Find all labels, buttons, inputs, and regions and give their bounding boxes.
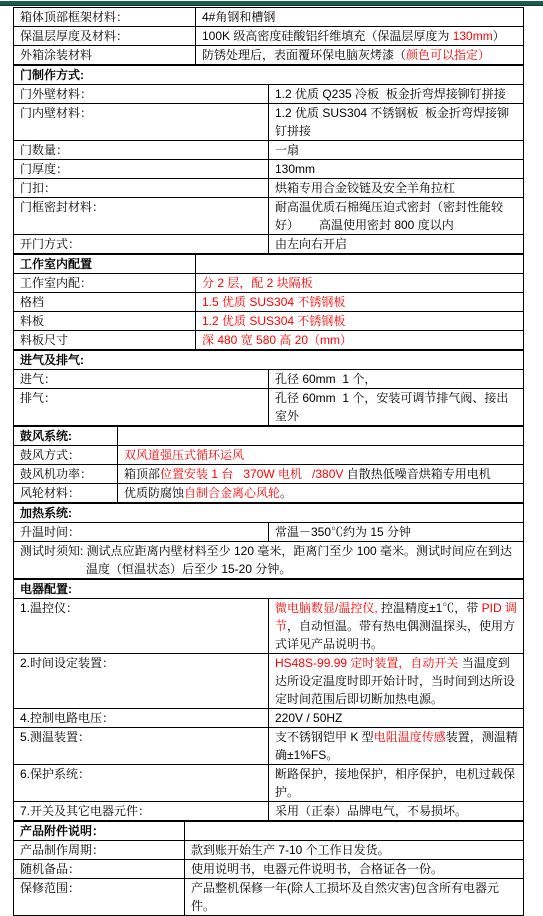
text-segment: 130mm [275,162,315,176]
field-label: 排气： [14,389,269,426]
row-temperature-controller: 1.温控仪：微电脑数显/温控仪, 控温精度±1℃，带 PID 调节，自动恒温。带… [14,599,524,654]
field-label: 鼓风机功率： [14,465,118,484]
row-blower-mode: 鼓风方式：双风道强压式循环运风 [14,446,524,465]
row-tray-dimensions: 料板尺寸深 480 宽 580 高 20（mm） [14,331,524,350]
row-impeller-material: 风轮材料：优质防腐蚀自制合金离心风轮。 [14,484,524,503]
section-door-construction: 门制作方式:门外壁材料：1.2 优质 Q235 冷板 板金折弯焊接铆钉拼接门内壁… [13,65,524,254]
row-box-top-frame-material: 箱体顶部框架材料：4#角钢和槽钢 [14,8,524,27]
field-label: 门框密封材料： [14,198,269,235]
row-included-items: 随机备品：使用说明书，电器元件说明书，合格证各一份。 [14,860,524,879]
field-label: 升温时间： [14,523,269,542]
row-door-frame-seal-material: 门框密封材料：耐高温优质石棉绳压迫式密封（密封性能较好） 高温使用密封 800 … [14,198,524,235]
text-segment: 1.2 优质 SUS304 不锈钢板 板金折弯焊接铆钉拼接 [275,106,509,138]
red-text-segment: 位置安装 1 台 370W 电机 /380V [160,467,347,481]
field-value: 130mm [269,160,524,179]
text-segment: 支不锈钢铠甲 K 型 [275,730,374,744]
field-value: 双风道强压式循环运风 [118,446,524,465]
field-value: 防锈处理后，表面覆环保电脑灰烤漆（颜色可以指定） [196,46,524,65]
field-label: 外箱涂装材料 [14,46,196,65]
field-label: 风轮材料： [14,484,118,503]
text-segment: 4#角钢和槽钢 [202,10,275,24]
field-label: 料板 [14,312,196,331]
field-label: 开门方式： [14,235,269,254]
section-title: 进气及排气: [14,351,524,370]
note-cell: 测试时须知: 测试点应距离内壁材料至少 120 毫米，距离门至少 100 毫米。… [14,542,524,579]
section-title: 工作室内配置 [14,255,196,274]
field-value: 1.2 优质 Q235 冷板 板金折弯焊接铆钉拼接 [269,85,524,104]
field-label: 进气： [14,370,269,389]
row-testing-notice: 测试时须知: 测试点应距离内壁材料至少 120 毫米，距离门至少 100 毫米。… [14,542,524,579]
row-door-latch: 门扣：烘箱专用合金铰链及安全羊角拉杠 [14,179,524,198]
section-electrical-configuration: 电器配置:1.温控仪：微电脑数显/温控仪, 控温精度±1℃，带 PID 调节，自… [13,579,524,821]
field-label: 产品制作周期： [14,841,185,860]
field-label: 工作室内配： [14,274,196,293]
text-segment: 采用（正泰）品牌电气，不易损坏。 [275,804,467,818]
text-segment: 一扇 [275,143,299,157]
row-door-thickness: 门厚度：130mm [14,160,524,179]
field-label: 1.温控仪： [14,599,269,654]
field-label: 6.保护系统： [14,765,269,802]
empty-cell [185,822,524,841]
red-text-segment: 微电脑数显/温控仪, [275,601,378,615]
row-temperature-sensor: 5.测温装置：支不锈钢铠甲 K 型电阻温度传感装置，测温精确±1%FS。 [14,728,524,765]
text-segment: 自散热低噪音烘箱专用电机 [347,467,491,481]
row-intake-exhaust-header: 进气及排气: [14,351,524,370]
text-segment: 款到账开始生产 7-10 个工作日发货。 [191,843,390,857]
field-label: 随机备品： [14,860,185,879]
text-segment: 孔径 60mm 1 个，安装可调节排气阀、接出室外 [275,391,508,423]
section-product-accessories: 产品附件说明：产品制作周期：款到账开始生产 7-10 个工作日发货。随机备品：使… [13,821,524,916]
section-title: 鼓风系统: [14,427,118,446]
field-label: 门扣： [14,179,269,198]
row-intake: 进气：孔径 60mm 1 个， [14,370,524,389]
field-value: 烘箱专用合金铰链及安全羊角拉杠 [269,179,524,198]
field-value: 款到账开始生产 7-10 个工作日发货。 [185,841,524,860]
row-production-lead-time: 产品制作周期：款到账开始生产 7-10 个工作日发货。 [14,841,524,860]
row-product-accessories-header: 产品附件说明： [14,822,524,841]
text-segment: 常温－350℃约为 15 分钟 [275,525,411,539]
section-chamber-configuration: 工作室内配置工作室内配：分 2 层，配 2 块隔板格档1.5 优质 SUS304… [13,254,524,350]
section-heating-system: 加热系统:升温时间：常温－350℃约为 15 分钟测试时须知: 测试点应距离内壁… [13,503,524,579]
field-value: 微电脑数显/温控仪, 控温精度±1℃，带 PID 调节，自动恒温。带有热电偶测温… [269,599,524,654]
text-segment: 。 [280,486,292,500]
field-value: 优质防腐蚀自制合金离心风轮。 [118,484,524,503]
field-label: 料板尺寸 [14,331,196,350]
text-segment: 优质防腐蚀 [124,486,184,500]
field-value: 采用（正泰）品牌电气，不易损坏。 [269,802,524,821]
row-blower-system-header: 鼓风系统: [14,427,524,446]
field-value: 孔径 60mm 1 个， [269,370,524,389]
red-text-segment: 分 2 层，配 2 块隔板 [202,276,313,290]
row-trays: 料板1.2 优质 SUS304 不锈钢板 [14,312,524,331]
text-segment: 100K 级高密度硅酸铝纤维填充（保温层厚度为 [202,29,453,43]
field-value: HS48S-99.99 定时装置，自动开关 当温度到达所设定温度时即开始计时，当… [269,654,524,709]
text-segment: 防锈处理后，表面覆环保电脑灰烤漆（ [202,48,406,62]
field-label: 门外壁材料： [14,85,269,104]
text-segment: 产品整机保修一年(除人工损坏及自然灾害)包含所有电器元件。 [191,881,499,913]
field-value: 耐高温优质石棉绳压迫式密封（密封性能较好） 高温使用密封 800 度以内 [269,198,524,235]
field-value: 一扇 [269,141,524,160]
field-label: 保温层厚度及材料： [14,27,196,46]
text-segment: ，自动恒温。带有热电偶测温探头，使用方式详见产品说明书。 [275,619,515,651]
note-line: 温度（恒温状态）后至少 15-20 分钟。 [20,560,520,578]
top-accent-bar [0,1,543,6]
text-segment: 220V / 50HZ [275,711,342,725]
row-door-quantity: 门数量：一扇 [14,141,524,160]
red-text-segment: 电阻温度传感 [374,730,446,744]
section-box-materials: 箱体顶部框架材料：4#角钢和槽钢保温层厚度及材料：100K 级高密度硅酸铝纤维填… [13,7,524,65]
field-value: 支不锈钢铠甲 K 型电阻温度传感装置，测温精确±1%FS。 [269,728,524,765]
section-title: 门制作方式: [14,66,524,85]
field-value: 220V / 50HZ [269,709,524,728]
red-text-segment: 深 480 宽 580 高 20（mm） [202,333,352,347]
field-label: 门内壁材料： [14,104,269,141]
red-text-segment: 自制合金离心风轮 [184,486,280,500]
field-label: 2.时间设定装置： [14,654,269,709]
row-outer-box-coating: 外箱涂装材料防锈处理后，表面覆环保电脑灰烤漆（颜色可以指定） [14,46,524,65]
text-segment: 孔径 60mm 1 个， [275,372,376,386]
note-line: 测试时须知: 测试点应距离内壁材料至少 120 毫米，距离门至少 100 毫米。… [20,542,520,560]
row-chamber-interior: 工作室内配：分 2 层，配 2 块隔板 [14,274,524,293]
field-value: 使用说明书，电器元件说明书，合格证各一份。 [185,860,524,879]
row-door-opening-direction: 开门方式：由左向右开启 [14,235,524,254]
row-switches-components: 7.开关及其它电器元件：采用（正泰）品牌电气，不易损坏。 [14,802,524,821]
field-value: 由左向右开启 [269,235,524,254]
row-protection-system: 6.保护系统：断路保护，接地保护，相序保护，电机过载保护。 [14,765,524,802]
section-blower-system: 鼓风系统:鼓风方式：双风道强压式循环运风鼓风机功率：箱顶部位置安装 1 台 37… [13,426,524,503]
field-value: 箱顶部位置安装 1 台 370W 电机 /380V 自散热低噪音烘箱专用电机 [118,465,524,484]
row-insulation-thickness-material: 保温层厚度及材料：100K 级高密度硅酸铝纤维填充（保温层厚度为 130mm） [14,27,524,46]
text-segment: 烘箱专用合金铰链及安全羊角拉杠 [275,181,455,195]
text-segment: 1.2 优质 Q235 冷板 板金折弯焊接铆钉拼接 [275,87,506,101]
red-text-segment: 双风道强压式循环运风 [124,448,244,462]
text-segment: 断路保护，接地保护，相序保护，电机过载保护。 [275,767,515,799]
text-segment: ） [493,29,505,43]
section-title: 电器配置: [14,580,524,599]
section-title: 加热系统: [14,504,524,523]
row-electrical-configuration-header: 电器配置: [14,580,524,599]
field-label: 门厚度： [14,160,269,179]
red-text-segment: 颜色可以指定） [406,48,490,62]
field-value: 断路保护，接地保护，相序保护，电机过载保护。 [269,765,524,802]
row-exhaust: 排气：孔径 60mm 1 个，安装可调节排气阀、接出室外 [14,389,524,426]
row-control-circuit-voltage: 4.控制电路电压：220V / 50HZ [14,709,524,728]
field-label: 保修范围： [14,879,185,916]
red-text-segment: 130mm [453,29,493,43]
text-segment: 控温精度±1℃，带 [378,601,482,615]
text-segment: 由左向右开启 [275,237,347,251]
field-value: 常温－350℃约为 15 分钟 [269,523,524,542]
red-text-segment: HS48S-99.99 定时装置，自动开关 [275,656,458,670]
field-value: 深 480 宽 580 高 20（mm） [196,331,524,350]
row-heating-system-header: 加热系统: [14,504,524,523]
field-label: 7.开关及其它电器元件： [14,802,269,821]
row-blower-motor-power: 鼓风机功率：箱顶部位置安装 1 台 370W 电机 /380V 自散热低噪音烘箱… [14,465,524,484]
text-segment: 使用说明书，电器元件说明书，合格证各一份。 [191,862,443,876]
row-chamber-configuration-header: 工作室内配置 [14,255,524,274]
row-shelf-supports: 格档1.5 优质 SUS304 不锈钢板 [14,293,524,312]
field-label: 4.控制电路电压： [14,709,269,728]
row-door-outer-wall-material: 门外壁材料：1.2 优质 Q235 冷板 板金折弯焊接铆钉拼接 [14,85,524,104]
row-heat-up-time: 升温时间：常温－350℃约为 15 分钟 [14,523,524,542]
field-value: 1.5 优质 SUS304 不锈钢板 [196,293,524,312]
field-label: 鼓风方式： [14,446,118,465]
field-value: 100K 级高密度硅酸铝纤维填充（保温层厚度为 130mm） [196,27,524,46]
row-timer-device: 2.时间设定装置：HS48S-99.99 定时装置，自动开关 当温度到达所设定温… [14,654,524,709]
spec-document: 箱体顶部框架材料：4#角钢和槽钢保温层厚度及材料：100K 级高密度硅酸铝纤维填… [13,7,524,916]
red-text-segment: 1.5 优质 SUS304 不锈钢板 [202,295,345,309]
field-label: 箱体顶部框架材料： [14,8,196,27]
field-label: 5.测温装置： [14,728,269,765]
section-title: 产品附件说明： [14,822,185,841]
field-value: 1.2 优质 SUS304 不锈钢板 [196,312,524,331]
page: 箱体顶部框架材料：4#角钢和槽钢保温层厚度及材料：100K 级高密度硅酸铝纤维填… [0,1,543,916]
field-label: 格档 [14,293,196,312]
field-label: 门数量： [14,141,269,160]
text-segment: 箱顶部 [124,467,160,481]
text-segment: 耐高温优质石棉绳压迫式密封（密封性能较好） 高温使用密封 800 度以内 [275,200,503,232]
field-value: 1.2 优质 SUS304 不锈钢板 板金折弯焊接铆钉拼接 [269,104,524,141]
section-intake-exhaust: 进气及排气:进气：孔径 60mm 1 个，排气：孔径 60mm 1 个，安装可调… [13,350,524,426]
row-door-construction-header: 门制作方式: [14,66,524,85]
empty-cell [118,427,524,446]
row-door-inner-wall-material: 门内壁材料：1.2 优质 SUS304 不锈钢板 板金折弯焊接铆钉拼接 [14,104,524,141]
row-warranty-scope: 保修范围：产品整机保修一年(除人工损坏及自然灾害)包含所有电器元件。 [14,879,524,916]
empty-cell [196,255,524,274]
field-value: 分 2 层，配 2 块隔板 [196,274,524,293]
red-text-segment: 1.2 优质 SUS304 不锈钢板 [202,314,345,328]
field-value: 4#角钢和槽钢 [196,8,524,27]
field-value: 产品整机保修一年(除人工损坏及自然灾害)包含所有电器元件。 [185,879,524,916]
field-value: 孔径 60mm 1 个，安装可调节排气阀、接出室外 [269,389,524,426]
